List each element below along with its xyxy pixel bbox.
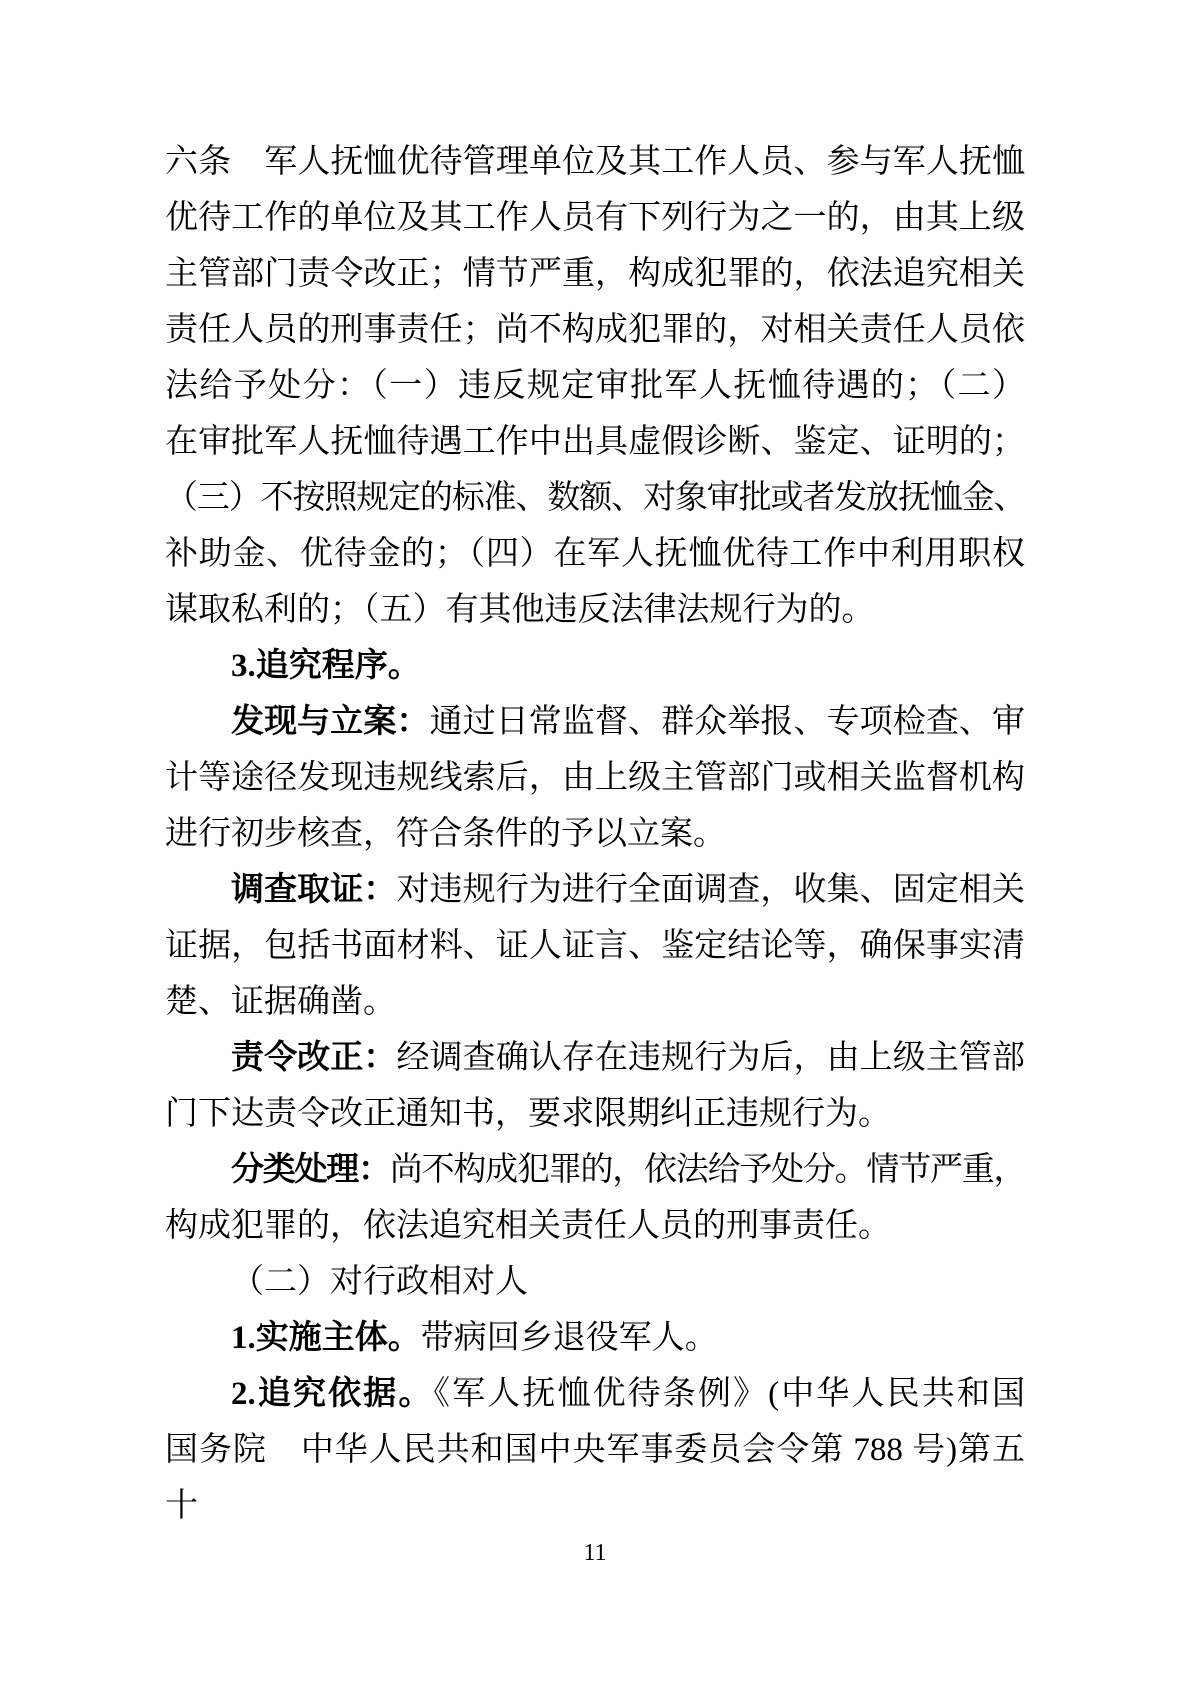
text-line: 谋取私利的；（五）有其他违反法律法规行为的。: [165, 582, 1025, 638]
text-line: 责令改正：经调查确认存在违规行为后，由上级主管部: [165, 1030, 1025, 1086]
text-line: 进行初步核查，符合条件的予以立案。: [165, 806, 1025, 862]
text-line: 构成犯罪的，依法追究相关责任人员的刑事责任。: [165, 1198, 1025, 1254]
text-line: 3.追究程序。: [165, 638, 1025, 694]
text-run: 进行初步核查，符合条件的予以立案。: [165, 816, 726, 852]
text-run: 证据，包括书面材料、证人证言、鉴定结论等，确保事实清: [165, 928, 1025, 964]
document-page: 六条 军人抚恤优待管理单位及其工作人员、参与军人抚恤优待工作的单位及其工作人员有…: [0, 0, 1190, 1683]
text-line: 1.实施主体。带病回乡退役军人。: [165, 1310, 1025, 1366]
text-line: （二）对行政相对人: [165, 1254, 1025, 1310]
text-run: 经调查确认存在违规行为后，由上级主管部: [396, 1040, 1025, 1076]
text-run: 谋取私利的；（五）有其他违反法律法规行为的。: [165, 592, 875, 628]
bold-text-run: 分类处理：: [231, 1152, 390, 1188]
text-run: 楚、证据确凿。: [165, 984, 396, 1020]
bold-text-run: 调查取证：: [231, 872, 396, 908]
text-run: 在审批军人抚恤待遇工作中出具虚假诊断、鉴定、证明的；: [165, 424, 1025, 460]
text-run: 构成犯罪的，依法追究相关责任人员的刑事责任。: [165, 1208, 891, 1244]
text-run: 门下达责令改正通知书，要求限期纠正违规行为。: [165, 1096, 891, 1132]
bold-text-run: 责令改正：: [231, 1040, 396, 1076]
text-line: 分类处理：尚不构成犯罪的，依法给予处分。情节严重，: [165, 1142, 1025, 1198]
bold-text-run: 3.追究程序。: [231, 648, 421, 684]
page-body-text: 六条 军人抚恤优待管理单位及其工作人员、参与军人抚恤优待工作的单位及其工作人员有…: [165, 134, 1025, 1534]
text-line: 法给予处分：（一）违反规定审批军人抚恤待遇的；（二）: [165, 358, 1025, 414]
text-run: 对违规行为进行全面调查，收集、固定相关: [396, 872, 1025, 908]
text-run: 计等途径发现违规线索后，由上级主管部门或相关监督机构: [165, 760, 1025, 796]
text-run: 尚不构成犯罪的，依法给予处分。情节严重，: [390, 1152, 1025, 1188]
text-line: 调查取证：对违规行为进行全面调查，收集、固定相关: [165, 862, 1025, 918]
bold-text-run: 1.实施主体。: [231, 1320, 421, 1356]
text-line: 证据，包括书面材料、证人证言、鉴定结论等，确保事实清: [165, 918, 1025, 974]
text-line: 在审批军人抚恤待遇工作中出具虚假诊断、鉴定、证明的；: [165, 414, 1025, 470]
text-line: 发现与立案：通过日常监督、群众举报、专项检查、审: [165, 694, 1025, 750]
text-line: 门下达责令改正通知书，要求限期纠正违规行为。: [165, 1086, 1025, 1142]
text-run: 优待工作的单位及其工作人员有下列行为之一的，由其上级: [165, 200, 1025, 236]
text-run: 责任人员的刑事责任；尚不构成犯罪的，对相关责任人员依: [165, 312, 1025, 348]
text-run: 国务院 中华人民共和国中央军事委员会令第 788 号)第五十: [165, 1432, 1025, 1524]
text-line: 补助金、优待金的；（四）在军人抚恤优待工作中利用职权: [165, 526, 1025, 582]
text-line: 楚、证据确凿。: [165, 974, 1025, 1030]
text-line: 2.追究依据。《军人抚恤优待条例》(中华人民共和国: [165, 1366, 1025, 1422]
text-run: 六条 军人抚恤优待管理单位及其工作人员、参与军人抚恤: [165, 144, 1025, 180]
text-run: 通过日常监督、群众举报、专项检查、审: [430, 704, 1025, 740]
text-run: （二）对行政相对人: [231, 1264, 528, 1300]
text-line: 六条 军人抚恤优待管理单位及其工作人员、参与军人抚恤: [165, 134, 1025, 190]
bold-text-run: 发现与立案：: [231, 704, 430, 740]
text-run: （三）不按照规定的标准、数额、对象审批或者发放抚恤金、: [165, 480, 1025, 516]
text-line: 计等途径发现违规线索后，由上级主管部门或相关监督机构: [165, 750, 1025, 806]
text-line: （三）不按照规定的标准、数额、对象审批或者发放抚恤金、: [165, 470, 1025, 526]
text-run: 主管部门责令改正；情节严重，构成犯罪的，依法追究相关: [165, 256, 1025, 292]
page-number: 11: [0, 1538, 1190, 1568]
text-run: 法给予处分：（一）违反规定审批军人抚恤待遇的；（二）: [165, 368, 1025, 404]
bold-text-run: 2.追究依据。: [231, 1376, 433, 1412]
text-line: 主管部门责令改正；情节严重，构成犯罪的，依法追究相关: [165, 246, 1025, 302]
text-run: 《军人抚恤优待条例》(中华人民共和国: [433, 1376, 1025, 1412]
text-run: 带病回乡退役军人。: [421, 1320, 718, 1356]
text-line: 优待工作的单位及其工作人员有下列行为之一的，由其上级: [165, 190, 1025, 246]
text-line: 国务院 中华人民共和国中央军事委员会令第 788 号)第五十: [165, 1422, 1025, 1534]
text-run: 补助金、优待金的；（四）在军人抚恤优待工作中利用职权: [165, 536, 1025, 572]
text-line: 责任人员的刑事责任；尚不构成犯罪的，对相关责任人员依: [165, 302, 1025, 358]
